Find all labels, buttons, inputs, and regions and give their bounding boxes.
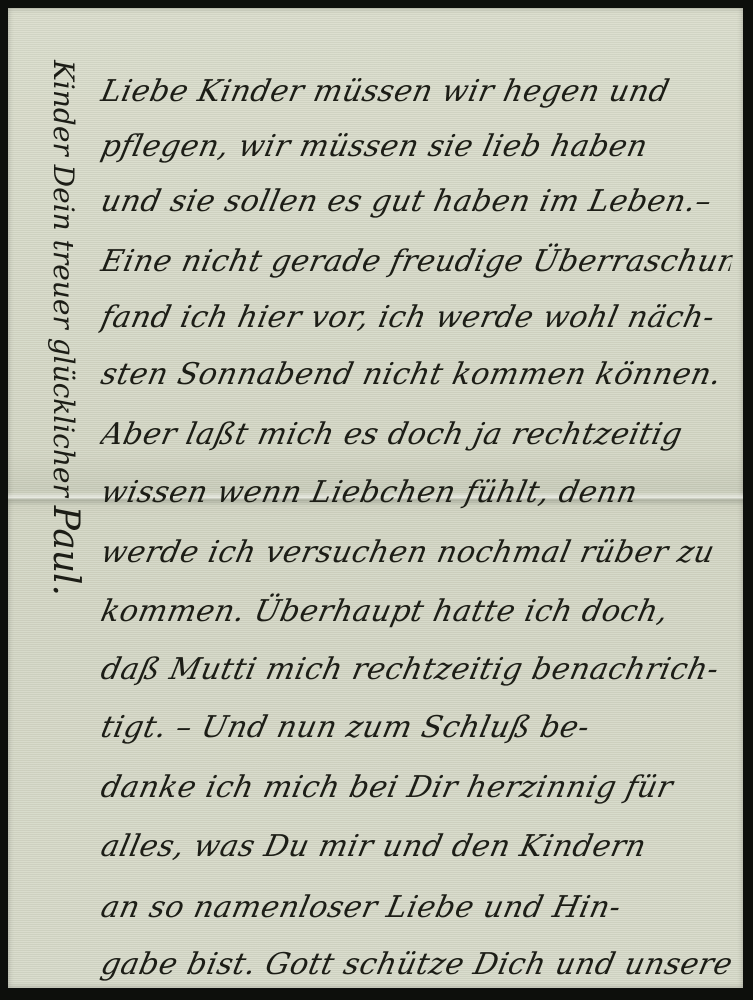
letter-line: Liebe Kinder müssen wir hegen und [95,62,738,122]
letter-line: tigt. – Und nun zum Schluß be- [95,698,738,758]
letter-line: an so namenloser Liebe und Hin- [95,878,738,938]
letter-line: werde ich versuchen nochmal rüber zu [95,523,738,583]
margin-note: Kinder Dein treuer glücklicher Paul. [40,60,90,820]
letter-line: und sie sollen es gut haben im Leben.– [95,172,738,232]
letter-line: pflegen, wir müssen sie lieb haben [95,117,738,177]
signature: Paul. [45,506,86,596]
margin-note-text: Kinder Dein treuer glücklicher [47,60,80,497]
letter-line: sten Sonnabend nicht kommen können. [95,345,738,405]
letter-line: Eine nicht gerade freudige Überraschung [95,232,738,292]
letter-line: fand ich hier vor, ich werde wohl näch- [95,288,738,348]
letter-line: danke ich mich bei Dir herzinnig für [95,758,738,818]
letter-line: wissen wenn Liebchen fühlt, denn [95,463,738,523]
letter-line: Aber laßt mich es doch ja rechtzeitig [95,405,738,465]
letter-line: alles, was Du mir und den Kindern [95,817,738,877]
letter-line: daß Mutti mich rechtzeitig benachrich- [95,640,738,700]
letter-line: gabe bist. Gott schütze Dich und unsere [95,935,738,995]
letter-line: kommen. Überhaupt hatte ich doch, [95,582,738,642]
